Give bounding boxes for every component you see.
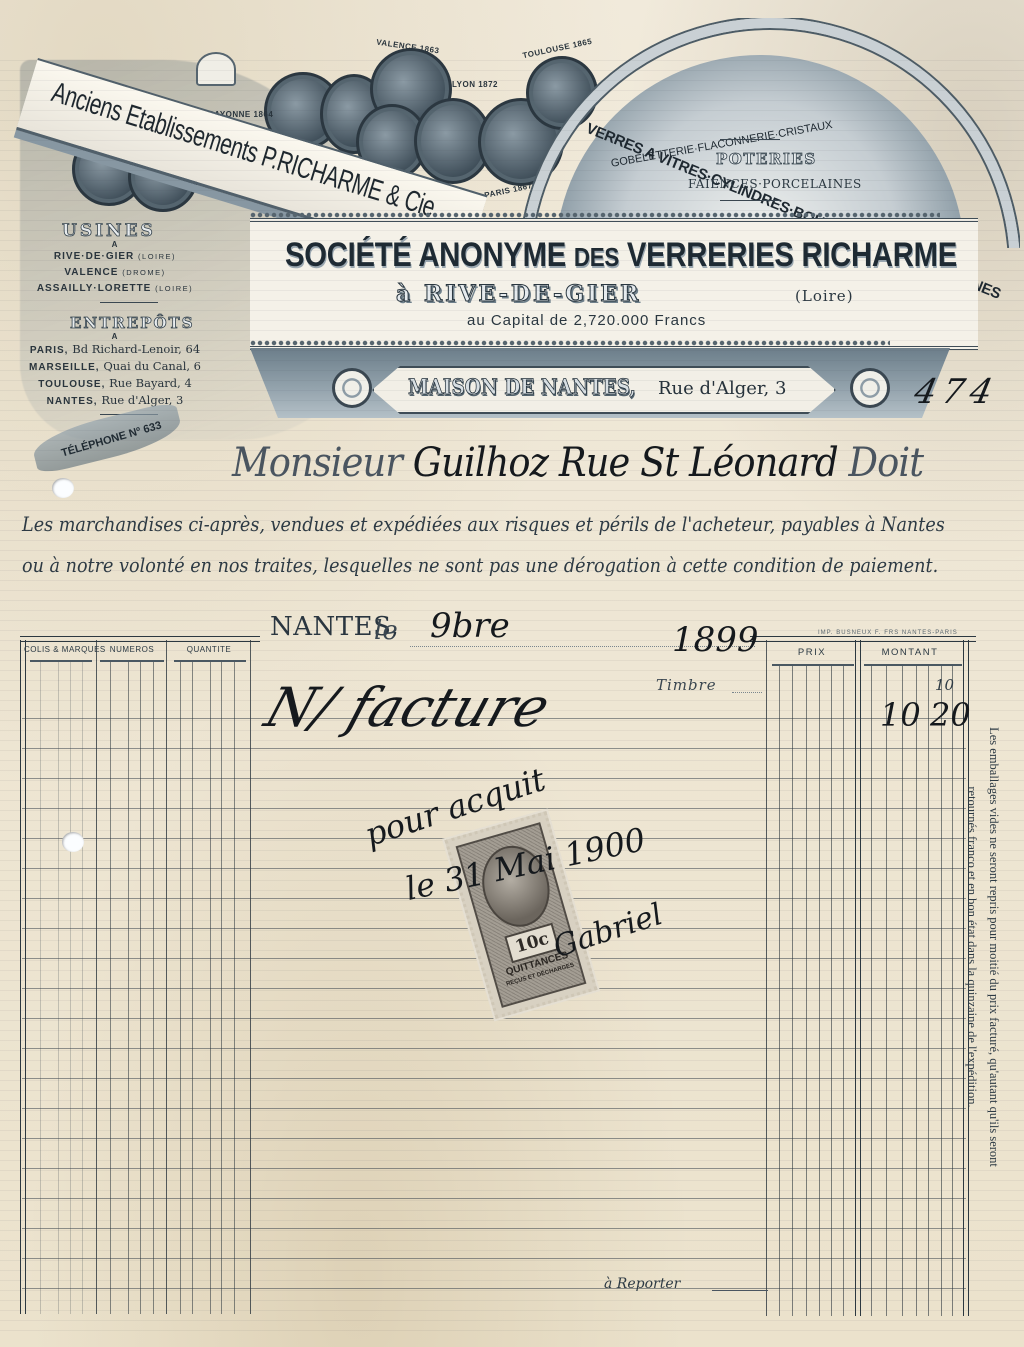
graph-rule [0,120,1024,121]
graph-rule [0,420,1024,421]
products-line3: POTERIES [716,150,817,168]
sub-column-line [819,666,820,1316]
punch-hole [52,478,74,498]
graph-rule [0,480,1024,481]
col-header-numeros: NUMEROS [98,645,166,654]
table-top-rule-left [20,636,260,642]
timbre-dotted-line [732,692,762,693]
graph-rule [0,440,1024,441]
ruled-row-line [22,1228,966,1229]
company-location: à RIVE-DE-GIER [396,281,641,307]
ruled-row-line [22,748,966,749]
graph-rule [0,580,1024,581]
ornament-divider [100,302,158,303]
graph-rule [0,60,1024,61]
sub-column-line [128,662,129,1314]
col-header-montant: MONTANT [862,647,958,658]
graph-rule [0,590,1024,591]
sub-column-line [886,666,887,1316]
sub-column-line [140,662,141,1314]
sub-column-line [871,666,872,1316]
graph-rule [0,230,1024,231]
sub-column-line [153,662,154,1314]
carry-forward-line [712,1290,768,1291]
sub-column-line [916,666,917,1316]
graph-rule [0,260,1024,261]
graph-rule [0,1330,1024,1331]
sub-column-line [221,662,222,1314]
graph-rule [0,540,1024,541]
terms-line-1: Les marchandises ci-après, vendues et ex… [22,512,945,536]
graph-rule [0,460,1024,461]
side-note-line-1: Les emballages vides ne seront repris po… [983,712,1005,1182]
graph-rule [0,330,1024,331]
timbre-amount: 10 [935,676,954,694]
graph-rule [0,1320,1024,1321]
graph-rule [0,280,1024,281]
graph-rule [0,520,1024,521]
date-le-label: le [374,616,398,646]
graph-rule [0,550,1024,551]
usine-item: VALENCE (DROME) [0,267,230,278]
graph-rule [0,600,1024,601]
graph-rule [0,170,1024,171]
graph-rule [0,220,1024,221]
col-header-colis: COLIS & MARQUES [24,645,96,654]
terms-line-2: ou à notre volonté en nos traites, lesqu… [22,553,938,577]
graph-rule [0,210,1024,211]
graph-rule [0,100,1024,101]
graph-rule [0,360,1024,361]
sub-column-line [831,666,832,1316]
entrepot-item: TOULOUSE, Rue Bayard, 4 [0,376,230,390]
graph-rule [0,270,1024,271]
graph-rule [0,470,1024,471]
branch-address: Rue d'Alger, 3 [658,378,786,399]
sub-column-line [58,662,59,1314]
column-divider [766,640,767,1316]
graph-rule [0,350,1024,351]
graph-rule [0,510,1024,511]
carry-forward-label: à Reporter [604,1276,680,1292]
line-item-description: N/ facture [258,676,558,739]
ruled-row-line [22,1048,966,1049]
graph-rule [0,300,1024,301]
graph-rule [0,310,1024,311]
graph-rule [0,560,1024,561]
graph-rule [0,500,1024,501]
sub-column-line [952,666,953,1316]
graph-rule [0,80,1024,81]
total-francs: 10 [880,696,921,734]
sub-column-line [234,662,235,1314]
entrepot-item: PARIS, Bd Richard-Lenoir, 64 [0,342,230,356]
graph-rule [0,490,1024,491]
side-note-line-2: retournés franco et en bon état dans la … [961,712,983,1182]
sub-column-line [210,662,211,1314]
column-divider [166,640,167,1314]
usines-title: USINES [62,221,156,241]
header-underline [864,664,962,666]
company-name-part2: VERRERIES RICHARME [627,236,957,274]
rosette-icon [850,368,890,408]
rosette-icon [332,368,372,408]
graph-rule [0,340,1024,341]
table-border-left [20,640,26,1314]
date-year: 1899 [672,620,759,660]
graph-rule [0,450,1024,451]
graph-rule [0,140,1024,141]
sub-column-line [82,662,83,1314]
graph-rule [0,430,1024,431]
graph-rule [0,370,1024,371]
graph-rule [0,160,1024,161]
company-name-des: DES [574,242,619,272]
sub-column-line [792,666,793,1316]
ruled-row-line [22,1108,966,1109]
graph-rule [0,190,1024,191]
graph-rule [0,620,1024,621]
graph-rule [0,610,1024,611]
branch-name: MAISON DE NANTES, [408,374,636,399]
graph-rule [0,290,1024,291]
header-underline [30,660,92,662]
col-header-prix: PRIX [768,647,856,658]
sub-column-line [928,666,929,1316]
ruled-row-line [22,1168,966,1169]
sub-column-line [779,666,780,1316]
sub-column-line [70,662,71,1314]
column-divider [96,640,97,1314]
graph-rule [0,410,1024,411]
sub-column-line [40,662,41,1314]
graph-rule [0,240,1024,241]
timbre-label: Timbre [656,676,717,694]
header-underline [100,660,164,662]
sub-column-line [806,666,807,1316]
column-divider [855,640,861,1316]
ruled-row-line [22,1198,966,1199]
bead-border-top [250,212,940,218]
date-day: 9bre [430,606,510,646]
graph-rule [0,130,1024,131]
graph-rule [0,530,1024,531]
graph-rule [0,70,1024,71]
graph-rule [0,320,1024,321]
header-underline [174,660,246,662]
graph-rule [0,150,1024,151]
graph-rule [0,110,1024,111]
sub-column-line [843,666,844,1316]
usine-item: ASSAILLY·LORETTE (LOIRE) [0,283,230,294]
sub-column-line [192,662,193,1314]
graph-rule [0,390,1024,391]
graph-rule [0,380,1024,381]
ruled-row-line [22,1288,966,1289]
col-header-quantite: QUANTITE [170,645,248,654]
sub-column-line [110,662,111,1314]
sub-column-line [902,666,903,1316]
ruled-row-line [22,1018,966,1019]
packaging-return-note: Les emballages vides ne seront repris po… [961,712,1005,1182]
graph-rule [0,180,1024,181]
medal-label-lyon: LYON 1872 [452,80,498,89]
company-name-part1: SOCIÉTÉ ANONYME [285,236,566,274]
ruled-row-line [22,1138,966,1139]
punch-hole [62,832,84,852]
graph-rule [0,250,1024,251]
graph-rule [0,570,1024,571]
graph-rule [0,200,1024,201]
graph-rule [0,90,1024,91]
table-top-rule-right [750,636,976,642]
sub-column-line [941,666,942,1316]
invoice-number: 474 [911,372,1002,412]
printer-imprint: IMP. BUSNEUX F. FRS NANTES-PARIS [818,630,958,636]
usines-prep: A [0,240,230,249]
ruled-row-line [22,1078,966,1079]
graph-rule [0,400,1024,401]
header-underline [772,664,854,666]
sub-column-line [180,662,181,1314]
column-divider [250,640,251,1314]
ruled-row-line [22,1258,966,1259]
